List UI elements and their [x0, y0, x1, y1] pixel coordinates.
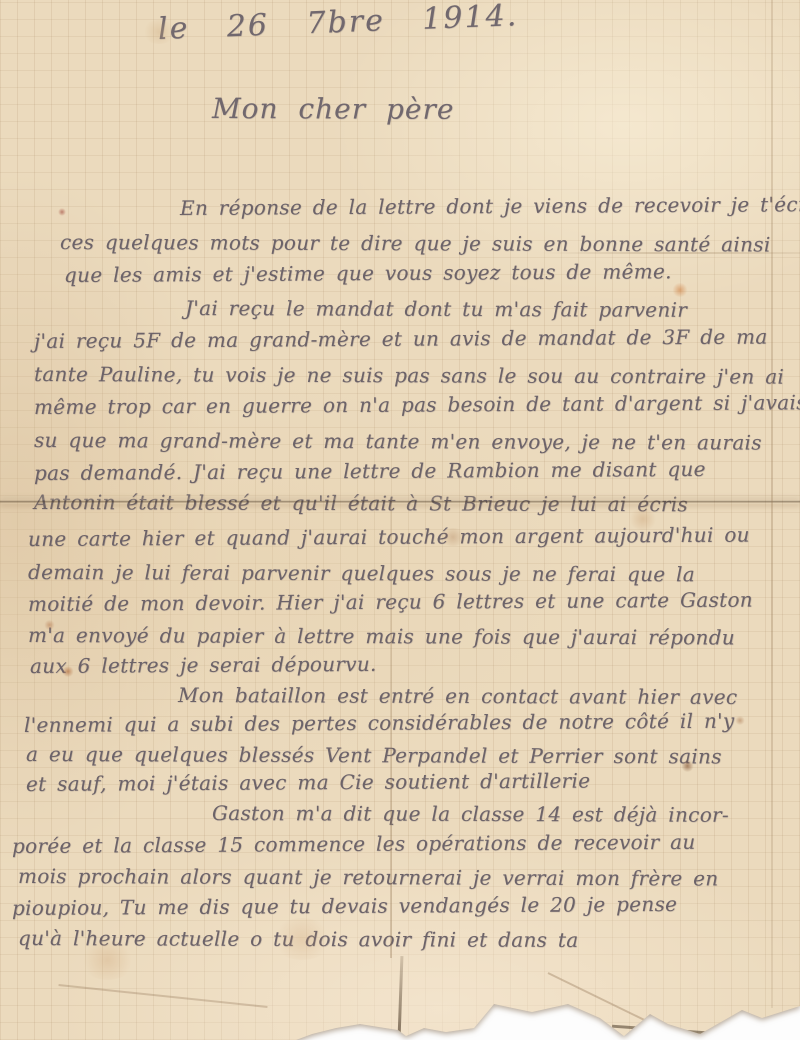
torn-edge-shadow	[612, 1025, 707, 1035]
handwriting-line: aux 6 lettres je serai dépourvu.	[30, 652, 377, 678]
handwriting-line: qu'à l'heure actuelle o tu dois avoir fi…	[18, 926, 579, 952]
handwriting-line: porée et la classe 15 commence les opéra…	[12, 830, 696, 858]
diagonal-crease-bottom-right	[548, 972, 684, 1040]
stain	[735, 716, 745, 725]
handwriting-line: su que ma grand-mère et ma tante m'en en…	[34, 428, 762, 455]
handwriting-line: m'a envoyé du papier à lettre mais une f…	[28, 623, 735, 649]
handwriting-line: Mon bataillon est entré en contact avant…	[178, 683, 737, 709]
bottom-tear	[398, 956, 404, 1038]
handwriting-line: moitié de mon devoir. Hier j'ai reçu 6 l…	[28, 588, 753, 616]
scanned-letter-page: { "document_type": "handwritten-letter-s…	[0, 0, 800, 1040]
handwriting-line: J'ai reçu le mandat dont tu m'as fait pa…	[185, 296, 687, 322]
letter-paper: le 26 7bre 1914. Mon cher père En répons…	[0, 0, 800, 1040]
handwriting-line: une carte hier et quand j'aurai touché m…	[28, 523, 750, 551]
stain	[58, 208, 66, 216]
date-line: le 26 7bre 1914.	[157, 0, 518, 47]
handwriting-line: l'ennemi qui a subi des pertes considéra…	[24, 709, 735, 737]
handwriting-line: même trop car en guerre on n'a pas besoi…	[34, 390, 800, 419]
letter-paper-wrapper: le 26 7bre 1914. Mon cher père En répons…	[0, 0, 800, 1040]
handwriting-line: ces quelques mots pour te dire que je su…	[60, 230, 771, 256]
handwriting-line: En réponse de la lettre dont je viens de…	[180, 192, 800, 220]
handwriting-line: Antonin était blessé et qu'il était à St…	[34, 490, 688, 516]
handwriting-line: pas demandé. J'ai reçu une lettre de Ram…	[34, 457, 706, 485]
handwriting-line: mois prochain alors quant je retournerai…	[18, 864, 719, 890]
vertical-crease-right	[771, 0, 773, 1008]
handwriting-line: que les amis et j'estime que vous soyez …	[64, 259, 672, 287]
handwriting-line: et sauf, moi j'étais avec ma Cie soutien…	[26, 769, 590, 796]
handwriting-line: a eu que quelques blessés Vent Perpandel…	[26, 742, 722, 768]
handwriting-line: Gaston m'a dit que la classe 14 est déjà…	[212, 801, 729, 827]
handwriting-line: demain je lui ferai parvenir quelques so…	[28, 560, 695, 586]
handwriting-line: j'ai reçu 5F de ma grand-mère et un avis…	[34, 325, 768, 353]
handwriting-line: tante Pauline, tu vois je ne suis pas sa…	[34, 362, 784, 389]
diagonal-crease-bottom-left	[58, 984, 267, 1008]
handwriting-line: pioupiou, Tu me dis que tu devais vendan…	[12, 892, 677, 920]
stain	[672, 283, 688, 297]
salutation: Mon cher père	[212, 92, 455, 126]
